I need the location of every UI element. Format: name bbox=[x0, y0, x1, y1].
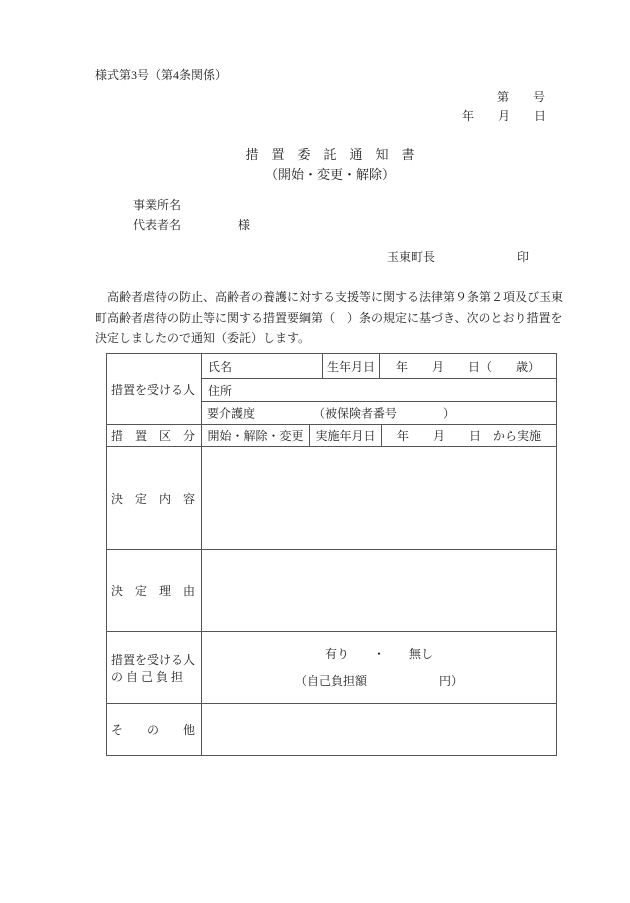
recipient-label-cell: 措置を受ける人 bbox=[107, 354, 201, 424]
birthdate-value-cell: 年 月 日（ 歳） bbox=[379, 354, 556, 378]
document-subtitle: （開始・変更・解除） bbox=[96, 164, 564, 183]
category-value-cell: 開始・解除・変更 bbox=[201, 425, 309, 446]
start-date-label: 実施年月日 bbox=[315, 427, 375, 444]
other-row: そ の 他 bbox=[107, 703, 556, 755]
body-line-3: 決定しましたので通知（委託）します。 bbox=[95, 328, 565, 349]
care-level-cell: 要介護度 （被保険者番号 ） bbox=[202, 401, 556, 424]
decision-reason-label: 決 定 理 由 bbox=[111, 582, 195, 599]
recipient-label: 措置を受ける人 bbox=[111, 381, 195, 398]
insured-number-close-paren: ） bbox=[443, 405, 455, 422]
category-label-cell: 措 置 区 分 bbox=[107, 425, 201, 446]
issuer-name: 玉東町長 bbox=[387, 248, 435, 265]
self-pay-amount: （自己負担額 円） bbox=[295, 668, 463, 695]
document-number-line: 第 号 bbox=[497, 88, 545, 105]
other-label: そ の 他 bbox=[111, 721, 195, 738]
business-name-label: 事業所名 bbox=[133, 196, 181, 213]
address-cell: 住所 bbox=[202, 379, 556, 401]
start-date-label-cell: 実施年月日 bbox=[309, 425, 381, 446]
self-pay-label-line1: 措置を受ける人 bbox=[111, 651, 195, 668]
self-pay-row: 措置を受ける人 の 自 己 負 担 有り ・ 無し （自己負担額 円） bbox=[107, 631, 556, 703]
body-line-1: 高齢者虐待の防止、高齢者の養護に対する支援等に関する法律第９条第２項及び玉東 bbox=[95, 287, 565, 308]
birthdate-value: 年 月 日（ 歳） bbox=[396, 358, 540, 375]
recipient-row-group: 措置を受ける人 氏名 生年月日 年 月 日（ 歳） 住所 bbox=[107, 354, 556, 424]
self-pay-choice: 有り ・ 無し bbox=[325, 641, 433, 668]
self-pay-label-cell: 措置を受ける人 の 自 己 負 担 bbox=[107, 632, 201, 703]
form-number-label: 様式第3号（第4条関係） bbox=[95, 66, 227, 83]
category-row: 措 置 区 分 開始・解除・変更 実施年月日 年 月 日 から実施 bbox=[107, 424, 556, 446]
decision-content-label-cell: 決 定 内 容 bbox=[107, 447, 201, 549]
self-pay-label-line2: の 自 己 負 担 bbox=[111, 668, 183, 685]
decision-content-row: 決 定 内 容 bbox=[107, 446, 556, 549]
name-label: 氏名 bbox=[208, 358, 232, 375]
document-title: 措 置 委 託 通 知 書 bbox=[96, 144, 564, 163]
representative-name-label: 代表者名 bbox=[133, 216, 181, 233]
start-date-value: 年 月 日 から実施 bbox=[397, 427, 541, 444]
address-label: 住所 bbox=[208, 382, 232, 399]
decision-content-area bbox=[201, 447, 556, 549]
other-area bbox=[201, 704, 556, 755]
category-label: 措 置 区 分 bbox=[111, 427, 195, 444]
honorific-label: 様 bbox=[238, 216, 250, 233]
self-pay-value-cell: 有り ・ 無し （自己負担額 円） bbox=[201, 632, 556, 703]
insured-number-label: （被保険者番号 bbox=[313, 405, 397, 422]
decision-reason-label-cell: 決 定 理 由 bbox=[107, 550, 201, 631]
body-paragraph: 高齢者虐待の防止、高齢者の養護に対する支援等に関する法律第９条第２項及び玉東 町… bbox=[95, 287, 565, 349]
document-page: 様式第3号（第4条関係） 第 号 年 月 日 措 置 委 託 通 知 書 （開始… bbox=[0, 0, 630, 903]
decision-reason-area bbox=[201, 550, 556, 631]
decision-content-label: 決 定 内 容 bbox=[111, 490, 195, 507]
category-value: 開始・解除・変更 bbox=[207, 427, 303, 444]
date-line: 年 月 日 bbox=[462, 107, 546, 124]
seal-mark: 印 bbox=[517, 248, 529, 265]
other-label-cell: そ の 他 bbox=[107, 704, 201, 755]
birthdate-label: 生年月日 bbox=[327, 358, 375, 375]
form-table: 措置を受ける人 氏名 生年月日 年 月 日（ 歳） 住所 bbox=[106, 353, 557, 756]
body-line-2: 町高齢者虐待の防止等に関する措置要綱第（ ）条の規定に基づき、次のとおり措置を bbox=[95, 308, 565, 329]
decision-reason-row: 決 定 理 由 bbox=[107, 549, 556, 631]
start-date-value-cell: 年 月 日 から実施 bbox=[381, 425, 556, 446]
care-level-label: 要介護度 bbox=[207, 405, 255, 422]
name-label-cell: 氏名 bbox=[202, 354, 322, 378]
birthdate-label-cell: 生年月日 bbox=[322, 354, 379, 378]
